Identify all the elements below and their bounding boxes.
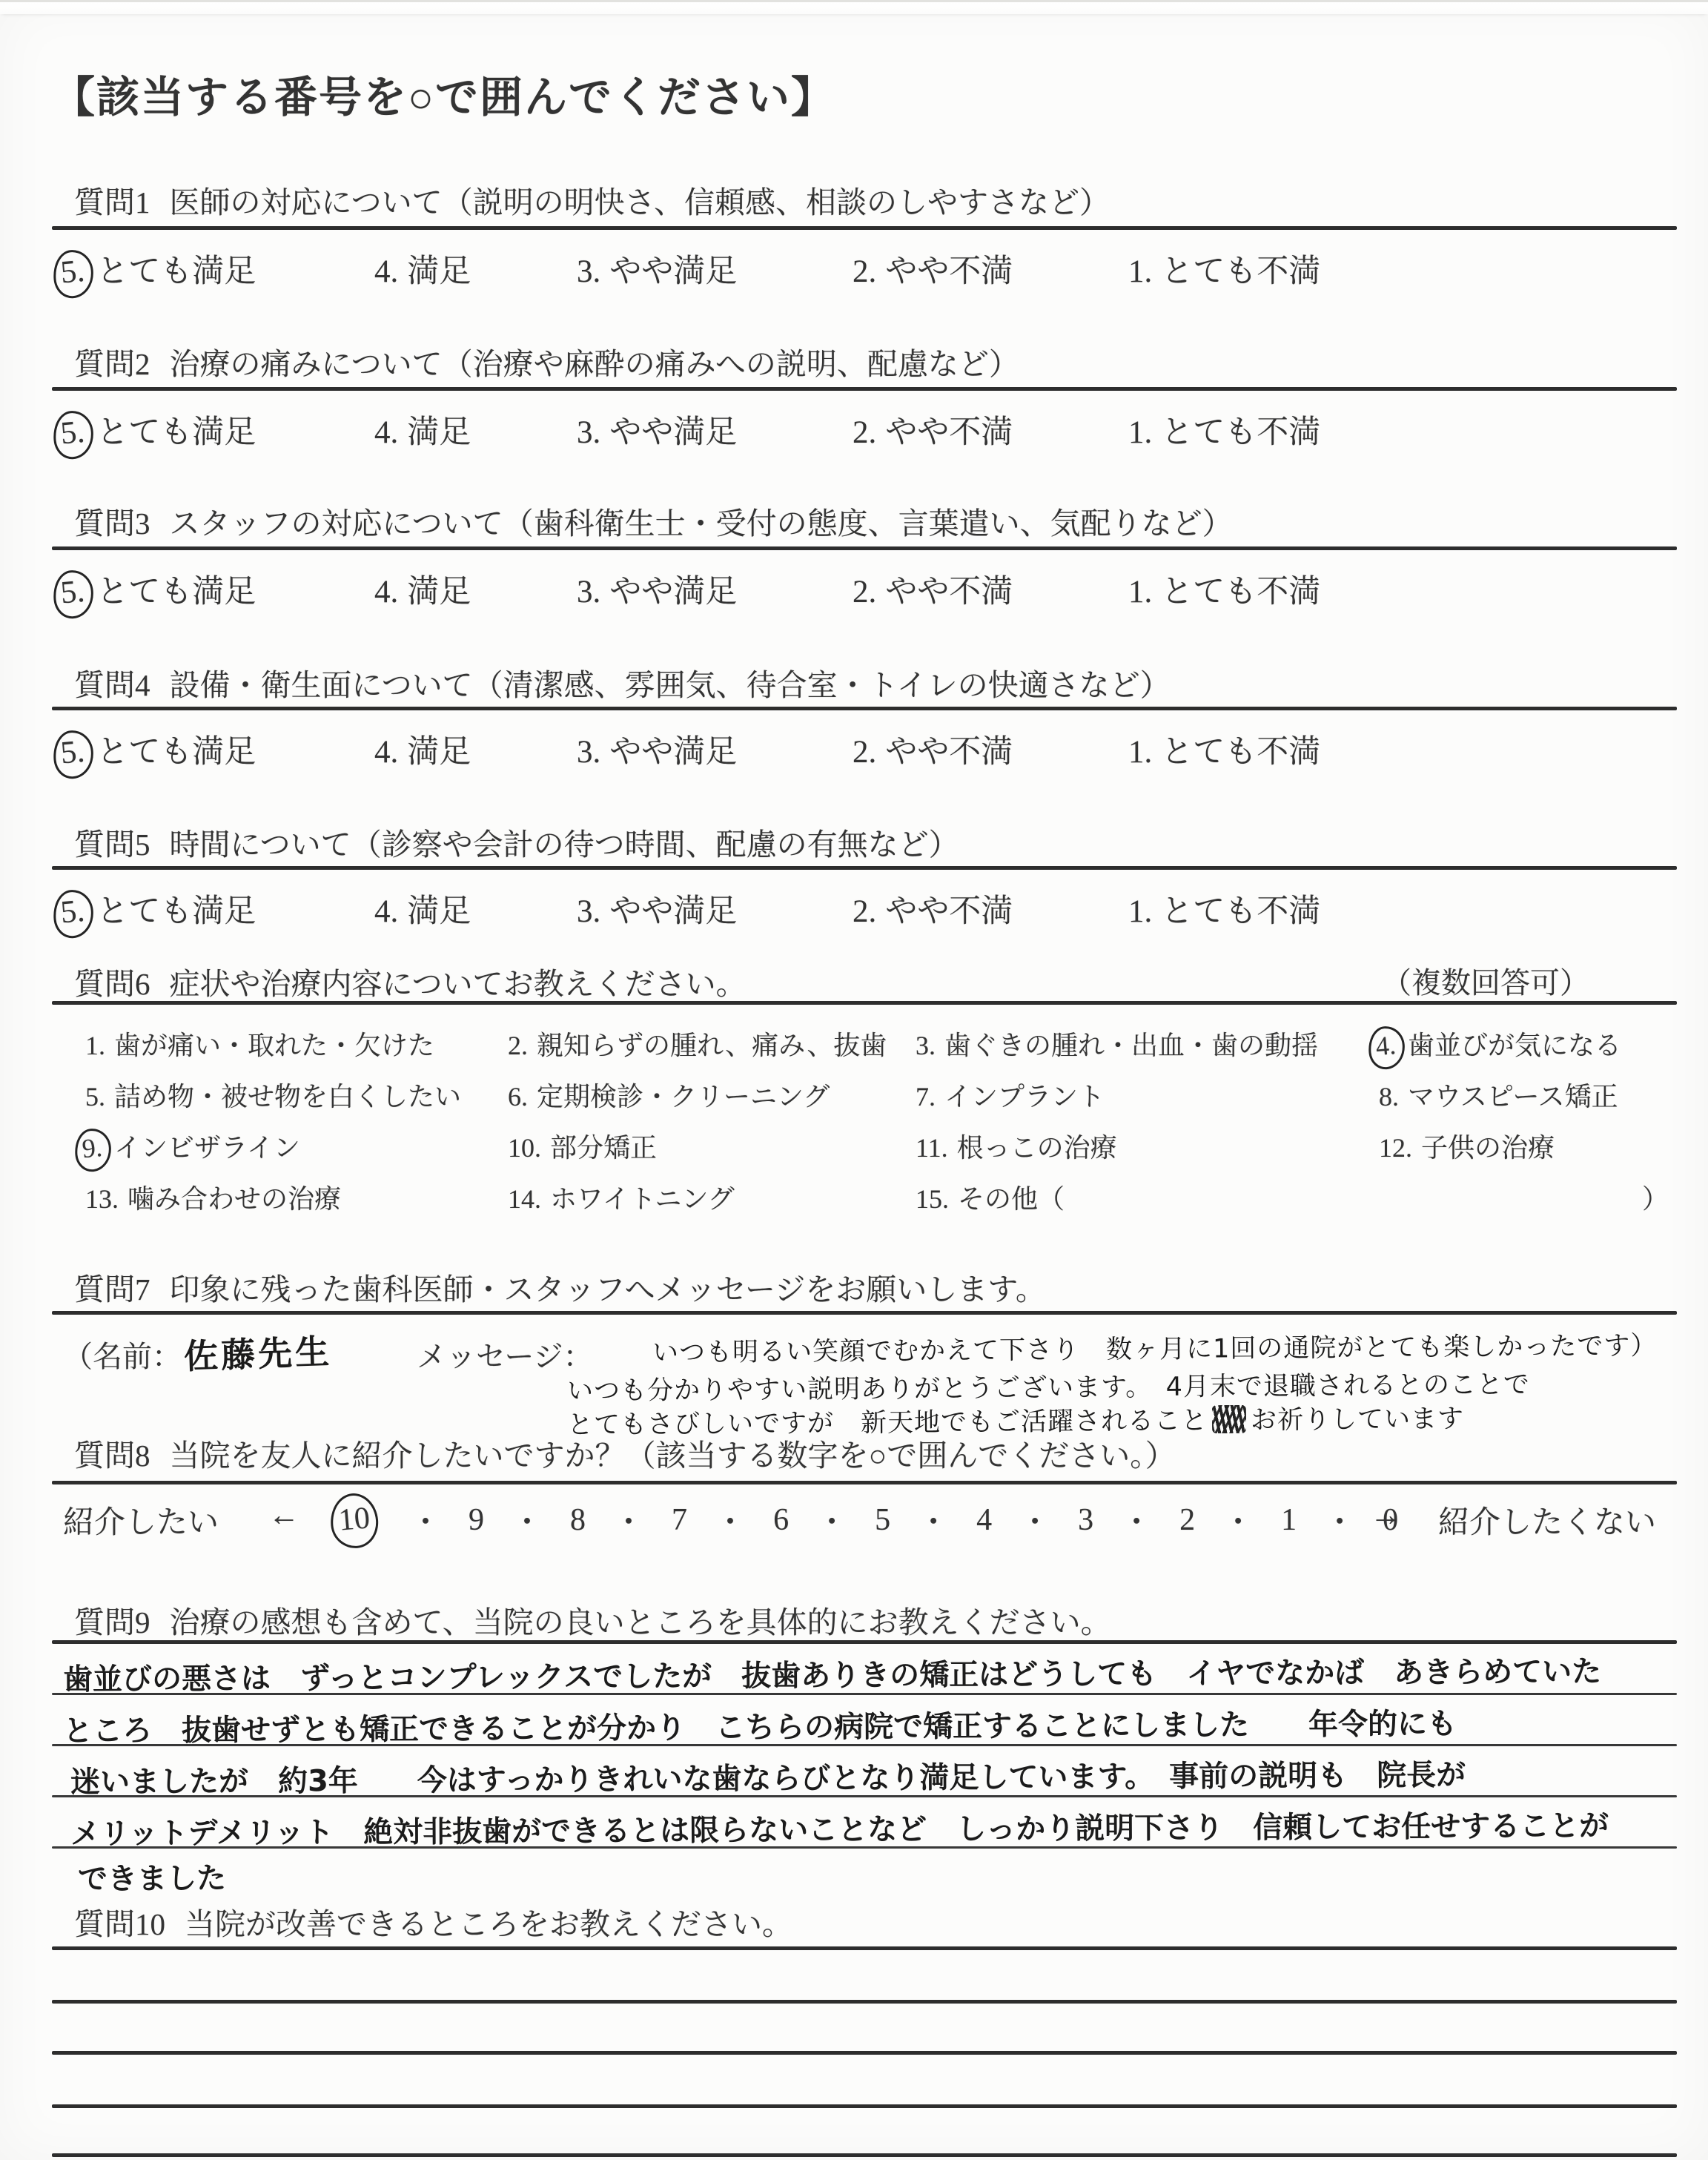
question-3-title: 質問3スタッフの対応について（歯科衛生士・受付の態度、言葉遣い、気配りなど） <box>74 499 1233 543</box>
q6-option-1[interactable]: 1.歯が痛い・取れた・欠けた <box>85 1025 434 1063</box>
answer-line <box>52 2104 1677 2108</box>
q5-option-5[interactable]: 5.とても満足 <box>64 886 256 932</box>
question-1-options: 5.とても満足 4.満足 3.やや満足 2.やや不満 1.とても不満 <box>0 246 1708 294</box>
scale-dot: ・ <box>1121 1498 1152 1542</box>
answer-circle: 10 <box>328 1491 380 1550</box>
q8-value-9[interactable]: 9 <box>469 1502 484 1538</box>
q1-option-4[interactable]: 4.満足 <box>374 246 471 291</box>
page-title: 【該当する番号を○で囲んでください】 <box>52 62 835 125</box>
divider <box>52 226 1677 230</box>
question-10-number: 質問10 <box>74 1907 165 1941</box>
q8-scale-numbers: 10 ・ 9 ・ 8 ・ 7 ・ 6 ・ 5 ・ 4 ・ 3 ・ 2 ・ 1 ・… <box>335 1498 1398 1542</box>
q3-option-1[interactable]: 1.とても不満 <box>1128 567 1320 612</box>
q1-option-3[interactable]: 3.やや満足 <box>577 246 737 291</box>
q8-value-4[interactable]: 4 <box>976 1502 992 1538</box>
q6-option-7[interactable]: 7.インプラント <box>916 1076 1105 1114</box>
divider <box>52 1001 1677 1005</box>
q8-value-2[interactable]: 2 <box>1179 1502 1195 1538</box>
question-10-title: 質問10当院が改善できるところをお教えください。 <box>74 1900 792 1943</box>
q5-option-1[interactable]: 1.とても不満 <box>1128 886 1320 931</box>
answer-line <box>52 1846 1677 1849</box>
q6-option-9[interactable]: 9.インビザライン <box>85 1127 300 1166</box>
q6-option-6[interactable]: 6.定期検診・クリーニング <box>508 1076 830 1114</box>
scale-dot: ・ <box>1222 1498 1254 1542</box>
q1-option-2[interactable]: 2.やや不満 <box>853 246 1013 291</box>
scribble-correction <box>1212 1405 1246 1433</box>
q9-answer-line-3: 迷いましたが 約3年 今はすっかりきれいな歯ならびとなり満足しています。 事前の… <box>70 1751 1466 1801</box>
question-3-desc: スタッフの対応について（歯科衛生士・受付の態度、言葉遣い、気配りなど） <box>170 506 1233 541</box>
answer-circle: 5. <box>51 888 96 939</box>
q9-answer-line-1: 歯並びの悪さは ずっとコンプレックスでしたが 抜歯ありきの矯正はどうしても イヤ… <box>63 1648 1601 1699</box>
divider <box>52 546 1677 550</box>
question-6-number: 質問6 <box>74 967 150 1001</box>
question-1-title: 質問1医師の対応について（説明の明快さ、信頼感、相談のしやすさなど） <box>74 178 1110 222</box>
q6-option-10[interactable]: 10.部分矯正 <box>508 1127 657 1165</box>
question-9-desc: 治療の感想も含めて、当院の良いところを具体的にお教えください。 <box>170 1605 1111 1639</box>
question-5-options: 5.とても満足 4.満足 3.やや満足 2.やや不満 1.とても不満 <box>0 886 1708 934</box>
question-5-number: 質問5 <box>74 828 150 862</box>
answer-line <box>52 1795 1677 1797</box>
q4-option-3[interactable]: 3.やや満足 <box>577 727 737 772</box>
q1-option-1[interactable]: 1.とても不満 <box>1128 246 1320 291</box>
q2-option-4[interactable]: 4.満足 <box>374 407 471 452</box>
q2-option-2[interactable]: 2.やや不満 <box>853 407 1013 452</box>
scale-dot: ・ <box>1019 1498 1050 1542</box>
q6-option-4[interactable]: 4.歯並びが気になる <box>1379 1025 1621 1063</box>
q7-message-label: メッセージ： <box>417 1333 593 1375</box>
q9-answer-line-5: できました <box>78 1855 226 1898</box>
scale-dot: ・ <box>816 1498 847 1542</box>
q6-option-5[interactable]: 5.詰め物・被せ物を白くしたい <box>85 1076 461 1114</box>
divider <box>52 1946 1677 1950</box>
q8-value-10[interactable]: 10 <box>335 1502 383 1539</box>
q6-option-11[interactable]: 11.根っこの治療 <box>916 1127 1117 1165</box>
scale-dot: ・ <box>715 1498 746 1542</box>
answer-line <box>52 2153 1677 2157</box>
answer-line <box>52 1744 1677 1746</box>
question-4-desc: 設備・衛生面について（清潔感、雰囲気、待合室・トイレの快適さなど） <box>170 668 1171 702</box>
q4-option-4[interactable]: 4.満足 <box>374 727 471 772</box>
answer-circle: 5. <box>51 729 96 780</box>
answer-line <box>52 2000 1677 2004</box>
question-9-number: 質問9 <box>74 1605 150 1639</box>
question-8-desc: 当院を友人に紹介したいですか？（該当する数字を○で囲んでください。） <box>170 1439 1176 1473</box>
scale-dot: ・ <box>512 1498 543 1542</box>
answer-line <box>52 2051 1677 2055</box>
q8-value-3[interactable]: 3 <box>1078 1502 1093 1538</box>
question-2-options: 5.とても満足 4.満足 3.やや満足 2.やや不満 1.とても不満 <box>0 407 1708 455</box>
answer-circle: 5. <box>51 409 96 460</box>
q6-option-3[interactable]: 3.歯ぐきの腫れ・出血・歯の動揺 <box>916 1025 1318 1063</box>
question-1-desc: 医師の対応について（説明の明快さ、信頼感、相談のしやすさなど） <box>170 185 1110 219</box>
question-4-options: 5.とても満足 4.満足 3.やや満足 2.やや不満 1.とても不満 <box>0 727 1708 774</box>
q7-name-label: （名前： <box>63 1333 182 1375</box>
q1-option-5[interactable]: 5.とても満足 <box>64 246 256 292</box>
question-2-desc: 治療の痛みについて（治療や麻酔の痛みへの説明、配慮など） <box>170 347 1019 381</box>
q4-option-5[interactable]: 5.とても満足 <box>64 727 256 773</box>
question-7-title: 質問7印象に残った歯科医師・スタッフへメッセージをお願いします。 <box>74 1265 1046 1309</box>
q8-value-7[interactable]: 7 <box>672 1502 687 1538</box>
question-6-note: （複数回答可） <box>1382 960 1589 1002</box>
q3-option-3[interactable]: 3.やや満足 <box>577 567 737 612</box>
question-2-title: 質問2治療の痛みについて（治療や麻酔の痛みへの説明、配慮など） <box>74 340 1019 383</box>
paper-top-edge <box>0 0 1708 14</box>
q2-option-3[interactable]: 3.やや満足 <box>577 407 737 452</box>
question-3-options: 5.とても満足 4.満足 3.やや満足 2.やや不満 1.とても不満 <box>0 567 1708 614</box>
q6-option-13[interactable]: 13.噛み合わせの治療 <box>85 1178 341 1216</box>
q6-option-15-close-paren: ） <box>1642 1178 1669 1216</box>
q8-value-8[interactable]: 8 <box>570 1502 586 1538</box>
scale-dot: ・ <box>613 1498 644 1542</box>
q2-option-1[interactable]: 1.とても不満 <box>1128 407 1320 452</box>
q4-option-2[interactable]: 2.やや不満 <box>853 727 1013 772</box>
q5-option-3[interactable]: 3.やや満足 <box>577 886 737 931</box>
left-arrow-icon: ← <box>268 1498 299 1533</box>
q8-value-6[interactable]: 6 <box>773 1502 789 1538</box>
q3-option-5[interactable]: 5.とても満足 <box>64 567 256 612</box>
question-3-number: 質問3 <box>74 506 150 541</box>
scale-dot: ・ <box>918 1498 949 1542</box>
q9-answer-line-2: ところ 抜歯せずとも矯正できることが分かり こちらの病院で矯正することにしました… <box>63 1700 1457 1750</box>
question-1-number: 質問1 <box>74 185 150 219</box>
divider <box>52 707 1677 710</box>
q8-left-label: 紹介したい <box>63 1498 219 1542</box>
question-8-number: 質問8 <box>74 1439 150 1473</box>
question-5-desc: 時間について（診察や会計の待つ時間、配慮の有無など） <box>170 828 959 862</box>
q6-option-2[interactable]: 2.親知らずの腫れ、痛み、抜歯 <box>508 1025 887 1063</box>
divider <box>52 866 1677 870</box>
q2-option-5[interactable]: 5.とても満足 <box>64 407 256 453</box>
q8-right-label: 紹介したくない <box>1438 1498 1656 1542</box>
q7-message-line-1: いつも明るい笑顔でむかえて下さり 数ヶ月に1回の通院がとても楽しかったです） <box>652 1325 1658 1369</box>
question-6-desc: 症状や治療内容についてお教えください。 <box>170 967 747 1001</box>
q5-option-4[interactable]: 4.満足 <box>374 886 471 931</box>
q3-option-2[interactable]: 2.やや不満 <box>853 567 1013 612</box>
divider <box>52 1481 1677 1484</box>
question-9-title: 質問9治療の感想も含めて、当院の良いところを具体的にお教えください。 <box>74 1598 1111 1642</box>
divider <box>52 1640 1677 1644</box>
right-arrow-icon: → <box>1370 1498 1401 1533</box>
question-4-title: 質問4設備・衛生面について（清潔感、雰囲気、待合室・トイレの快適さなど） <box>74 661 1171 704</box>
q6-option-14[interactable]: 14.ホワイトニング <box>508 1178 735 1216</box>
answer-circle: 9. <box>73 1127 113 1173</box>
answer-circle: 4. <box>1367 1025 1407 1071</box>
question-6-title: 質問6症状や治療内容についてお教えください。 <box>74 960 747 1003</box>
q8-value-5[interactable]: 5 <box>875 1502 890 1538</box>
answer-line <box>52 1693 1677 1695</box>
survey-page: 【該当する番号を○で囲んでください】 質問1医師の対応について（説明の明快さ、信… <box>0 0 1708 2160</box>
q7-name-handwritten: 佐藤先生 <box>183 1325 333 1379</box>
answer-circle: 5. <box>51 248 96 300</box>
answer-circle: 5. <box>51 569 96 620</box>
q3-option-4[interactable]: 4.満足 <box>374 567 471 612</box>
question-10-desc: 当院が改善できるところをお教えください。 <box>185 1907 792 1941</box>
q8-value-1[interactable]: 1 <box>1281 1502 1297 1538</box>
question-5-title: 質問5時間について（診察や会計の待つ時間、配慮の有無など） <box>74 820 959 864</box>
scale-dot: ・ <box>1324 1498 1355 1542</box>
scale-dot: ・ <box>410 1498 441 1542</box>
question-8-title: 質問8当院を友人に紹介したいですか？（該当する数字を○で囲んでください。） <box>74 1431 1176 1475</box>
q6-option-12[interactable]: 12.子供の治療 <box>1379 1127 1555 1165</box>
q5-option-2[interactable]: 2.やや不満 <box>853 886 1013 931</box>
question-7-desc: 印象に残った歯科医師・スタッフへメッセージをお願いします。 <box>170 1272 1046 1307</box>
q6-option-8[interactable]: 8.マウスピース矯正 <box>1379 1076 1618 1114</box>
divider <box>52 387 1677 391</box>
question-2-number: 質問2 <box>74 347 150 381</box>
divider <box>52 1311 1677 1315</box>
question-7-number: 質問7 <box>74 1272 150 1307</box>
q4-option-1[interactable]: 1.とても不満 <box>1128 727 1320 772</box>
q9-answer-line-4: メリットデメリット 絶対非抜歯ができるとは限らないことなど しっかり説明下さり … <box>70 1803 1609 1853</box>
q6-option-15[interactable]: 15.その他（ <box>916 1178 1065 1216</box>
question-4-number: 質問4 <box>74 668 150 702</box>
